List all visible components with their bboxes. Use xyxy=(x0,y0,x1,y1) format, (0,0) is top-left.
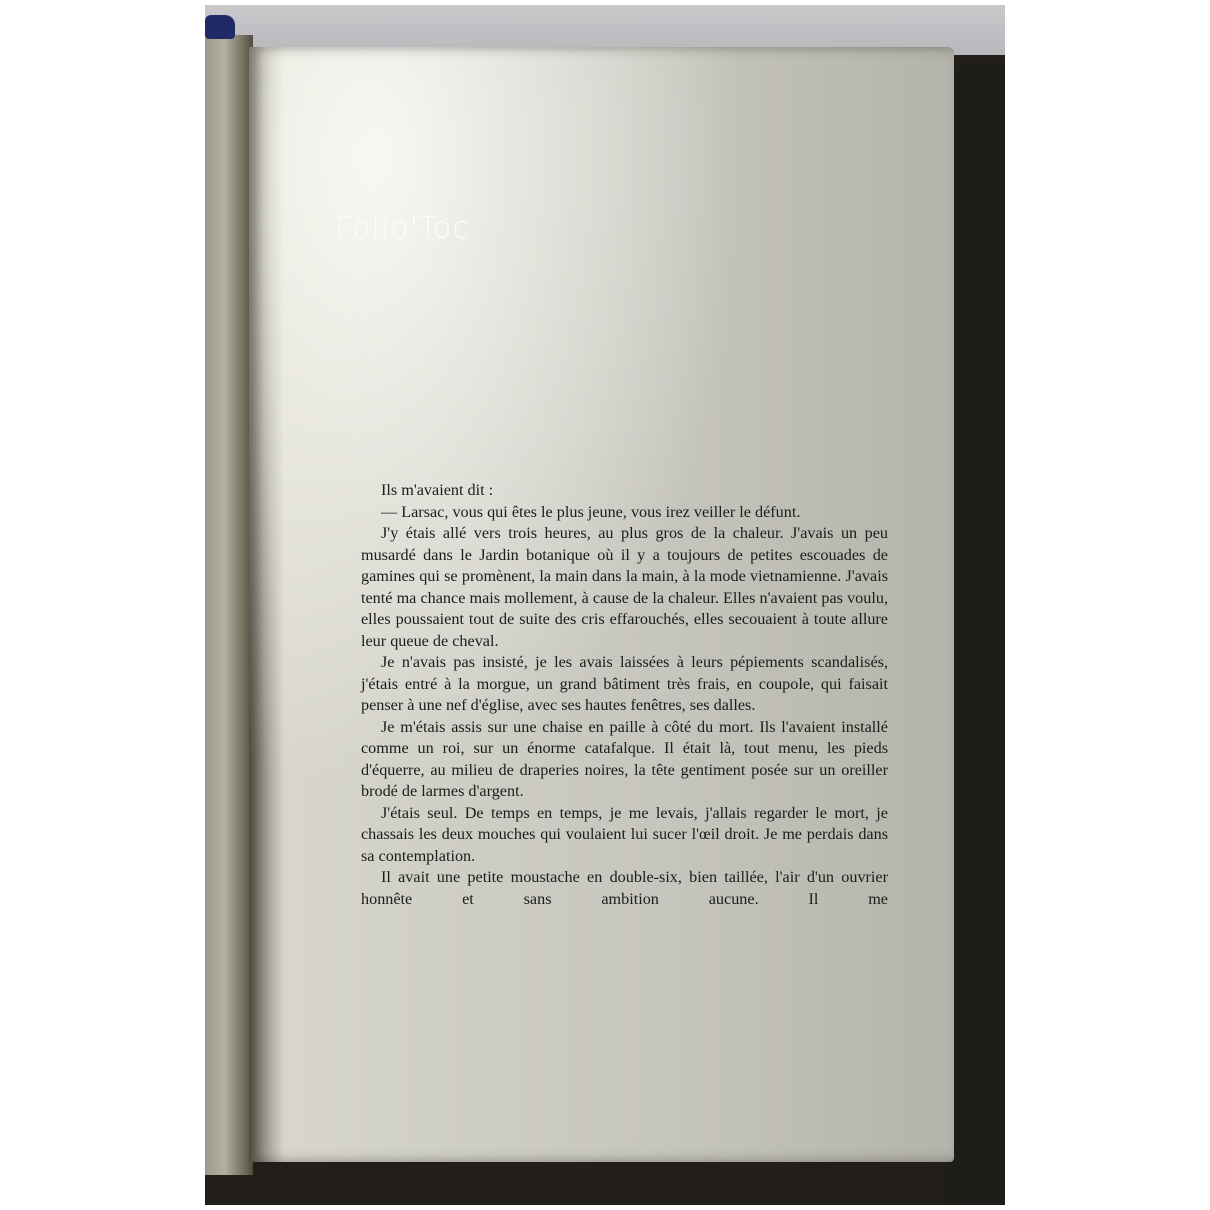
paragraph: Je m'étais assis sur une chaise en paill… xyxy=(361,717,888,803)
book-photo: Folio'Toc Ils m'avaient dit : — Larsac, … xyxy=(205,5,1005,1205)
page-text: Ils m'avaient dit : — Larsac, vous qui ê… xyxy=(361,480,888,910)
book-page: Folio'Toc Ils m'avaient dit : — Larsac, … xyxy=(249,47,954,1162)
book-cover-edge xyxy=(205,35,253,1175)
paragraph: J'étais seul. De temps en temps, je me l… xyxy=(361,803,888,868)
paragraph: — Larsac, vous qui êtes le plus jeune, v… xyxy=(361,502,888,524)
paragraph: J'y étais allé vers trois heures, au plu… xyxy=(361,523,888,652)
paragraph: Il avait une petite moustache en double-… xyxy=(361,867,888,910)
paragraph: Ils m'avaient dit : xyxy=(361,480,888,502)
book-cover-corner xyxy=(205,15,235,39)
watermark: Folio'Toc xyxy=(335,211,470,246)
dark-background xyxy=(945,65,1005,1205)
paragraph: Je n'avais pas insisté, je les avais lai… xyxy=(361,652,888,717)
